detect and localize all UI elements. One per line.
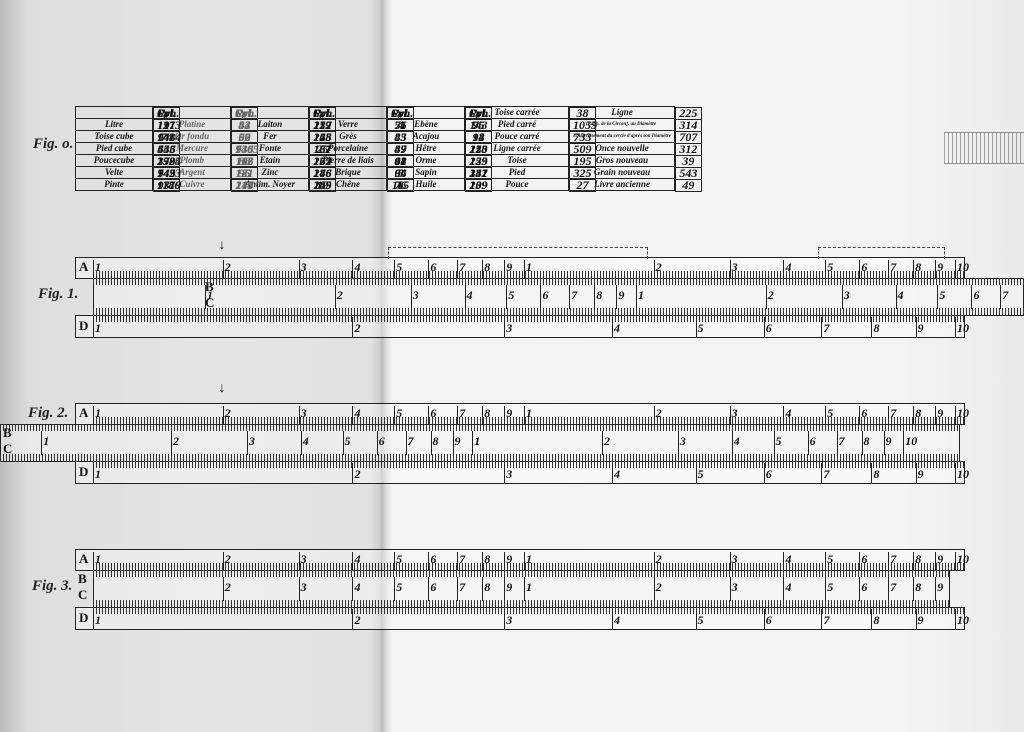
- scale-a-major-tick: [888, 260, 889, 278]
- scale-d-number: 3: [506, 467, 512, 482]
- scale-d-number: 3: [506, 613, 512, 628]
- scale-a-major-tick: [93, 552, 94, 570]
- scale-a-number: 4: [354, 552, 360, 567]
- scale-c-ticks: [93, 308, 1024, 315]
- scale-bc-major-tick: [935, 577, 936, 601]
- scale-d-major-tick: [696, 463, 697, 483]
- scale-d-number: 8: [873, 613, 879, 628]
- scale-a-number: 6: [430, 552, 436, 567]
- scale-d-number: 1: [95, 613, 101, 628]
- scale-bc-major-tick: [808, 431, 809, 455]
- scale-a-number: 8: [484, 260, 490, 275]
- scale-d-ticks: [93, 461, 965, 468]
- scale-a-number: 7: [890, 406, 896, 421]
- scale-d-number: 5: [698, 467, 704, 482]
- scale-bc-major-tick: [394, 577, 395, 601]
- scale-bc-major-tick: [636, 285, 637, 309]
- scale-bc-number: 1: [207, 288, 213, 303]
- scale-a-number: 8: [915, 260, 921, 275]
- scale-bc-number: 2: [173, 434, 179, 449]
- scale-bc-major-tick: [428, 577, 429, 601]
- scale-bc-number: 7: [408, 434, 414, 449]
- scale-a-major-tick: [223, 406, 224, 424]
- table-cell: 27: [569, 179, 596, 192]
- scale-bc-number: 4: [467, 288, 473, 303]
- scale-bc-number: 8: [433, 434, 439, 449]
- scale-a-major-tick: [913, 260, 914, 278]
- table-cell: 209: [465, 179, 492, 192]
- scale-a-number: 8: [484, 406, 490, 421]
- scale-bc-number: 3: [301, 580, 307, 595]
- scale-a-number: 9: [937, 552, 943, 567]
- scale-d-number: 8: [873, 467, 879, 482]
- scale-bc-major-tick: [654, 577, 655, 601]
- scale-bc-major-tick: [896, 285, 897, 309]
- scale-d-number: 10: [957, 613, 969, 628]
- scale-bc-number: 7: [1002, 288, 1008, 303]
- scale-d-label: D: [79, 464, 88, 480]
- scale-d-number: 10: [957, 321, 969, 336]
- scale-a-major-tick: [654, 260, 655, 278]
- scale-a-number: 4: [785, 260, 791, 275]
- scale-a-major-tick: [504, 406, 505, 424]
- scale-a-major-tick: [223, 260, 224, 278]
- scale-a-label: A: [79, 405, 88, 421]
- scale-bc-major-tick: [472, 431, 473, 455]
- scale-a-major-tick: [825, 260, 826, 278]
- scale-d-label: D: [79, 610, 88, 626]
- scale-a-number: 10: [957, 406, 969, 421]
- scale-c-label: C: [3, 441, 12, 457]
- table-cell: Pied cube: [76, 143, 153, 155]
- scale-d-major-tick: [821, 317, 822, 337]
- scale-a-number: 6: [430, 260, 436, 275]
- scale-bc-major-tick: [524, 577, 525, 601]
- scale-bc-major-tick: [301, 431, 302, 455]
- scale-b-ticks: [93, 278, 1024, 285]
- scale-d-major-tick: [916, 463, 917, 483]
- scale-bc-number: 2: [768, 288, 774, 303]
- scale-bc-major-tick: [504, 577, 505, 601]
- scale-a-number: 2: [225, 260, 231, 275]
- scale-a-major-tick: [935, 260, 936, 278]
- scale-bc-number: 4: [303, 434, 309, 449]
- scale-bc-major-tick: [457, 577, 458, 601]
- scale-bc-number: 4: [734, 434, 740, 449]
- scale-a-major-tick: [394, 260, 395, 278]
- scale-a-number: 9: [937, 406, 943, 421]
- side-vernier-scale: [944, 132, 1024, 164]
- table-row: Poucecube19842525379Plomb88112168Etain13…: [76, 155, 676, 167]
- scale-d-major-tick: [871, 463, 872, 483]
- scale-bc-number: 3: [249, 434, 255, 449]
- scale-bc-major-tick: [299, 577, 300, 601]
- scale-d-label: D: [79, 318, 88, 334]
- scale-d-ticks: [93, 315, 965, 322]
- scale-a-major-tick: [935, 406, 936, 424]
- scale-a-major-tick: [524, 552, 525, 570]
- scale-bc-major-tick: [888, 577, 889, 601]
- scale-d-major-tick: [871, 609, 872, 629]
- scale-b-ticks: [0, 424, 960, 431]
- scale-bc-number: 9: [937, 580, 943, 595]
- scale-a-number: 7: [459, 260, 465, 275]
- scale-bc-number: 2: [604, 434, 610, 449]
- scale-bc-number: 5: [776, 434, 782, 449]
- scale-a-major-tick: [730, 406, 731, 424]
- scale-bc-major-tick: [465, 285, 466, 309]
- scale-a-major-tick: [457, 260, 458, 278]
- scale-bc-number: 9: [506, 580, 512, 595]
- scale-a-major-tick: [504, 552, 505, 570]
- scale-a-number: 5: [827, 406, 833, 421]
- scale-d-major-tick: [821, 609, 822, 629]
- scale-bc-number: 2: [656, 580, 662, 595]
- scale-a-number: 3: [301, 406, 307, 421]
- scale-d-major-tick: [696, 317, 697, 337]
- scale-bc-number: 7: [459, 580, 465, 595]
- scale-bc-number: 3: [732, 580, 738, 595]
- scale-d-major-tick: [93, 317, 94, 337]
- scale-bc-major-tick: [223, 577, 224, 601]
- scale-bc-number: 8: [864, 434, 870, 449]
- scale-bc-number: 4: [354, 580, 360, 595]
- bracket-marker: [818, 247, 945, 259]
- scale-bc-number: 10: [905, 434, 917, 449]
- scale-bc-number: 2: [337, 288, 343, 303]
- scale-a-major-tick: [888, 552, 889, 570]
- scale-a-number: 5: [396, 260, 402, 275]
- scale-d-number: 9: [918, 613, 924, 628]
- scale-bc-number: 6: [861, 580, 867, 595]
- scale-bc-major-tick: [678, 431, 679, 455]
- scale-d-ticks: [93, 607, 965, 614]
- scale-a-number: 3: [732, 552, 738, 567]
- scale-a-major-tick: [299, 260, 300, 278]
- table-row: Pied cube343436655Mercure7359381405Fonte…: [76, 143, 676, 155]
- scale-bc-number: 6: [379, 434, 385, 449]
- scale-bc-number: 6: [430, 580, 436, 595]
- material-ratio-table: Pri.Cyl.Sph.Pri.Cyl.Sph.Pri.Cyl.Sph.Pri.…: [75, 106, 676, 191]
- scale-b-label: B: [78, 571, 87, 587]
- scale-d-number: 4: [614, 613, 620, 628]
- scale-a-major-tick: [394, 552, 395, 570]
- fig0-label: Fig. o.: [33, 136, 73, 153]
- scale-a-major-tick: [955, 260, 956, 278]
- scale-d-major-tick: [955, 317, 956, 337]
- scale-a-number: 9: [506, 406, 512, 421]
- scale-bc-major-tick: [41, 431, 42, 455]
- scale-a-number: 4: [354, 260, 360, 275]
- scale-a-number: 4: [785, 406, 791, 421]
- scale-bc-major-tick: [616, 285, 617, 309]
- scale-a-major-tick: [888, 406, 889, 424]
- scale-a-major-tick: [428, 260, 429, 278]
- table-header-row: Pri.Cyl.Sph.Pri.Cyl.Sph.Pri.Cyl.Sph.Pri.…: [76, 107, 676, 119]
- scale-bc-major-tick: [569, 285, 570, 309]
- scale-a-major-tick: [299, 552, 300, 570]
- scale-d-major-tick: [612, 609, 613, 629]
- scale-a-major-tick: [504, 260, 505, 278]
- scale-a-major-tick: [394, 406, 395, 424]
- scale-bc-major-tick: [730, 577, 731, 601]
- scale-d-number: 4: [614, 321, 620, 336]
- scale-d-major-tick: [612, 463, 613, 483]
- scale-bc-major-tick: [1000, 285, 1001, 309]
- scale-bc-number: 9: [618, 288, 624, 303]
- scale-a-number: 5: [396, 552, 402, 567]
- scale-a-major-tick: [913, 406, 914, 424]
- table-cell: 115: [387, 179, 414, 192]
- table-row: Velte7459491423Argent95121181Zinc1461862…: [76, 167, 676, 179]
- scale-a-number: 9: [506, 260, 512, 275]
- fig1-label: Fig. 1.: [38, 286, 78, 303]
- scale-bc-major-tick: [971, 285, 972, 309]
- scale-d-number: 7: [823, 613, 829, 628]
- scale-bc-number: 9: [886, 434, 892, 449]
- scale-bc-number: 3: [413, 288, 419, 303]
- scale-d-number: 6: [766, 321, 772, 336]
- scale-a-number: 3: [301, 260, 307, 275]
- scale-a-number: 5: [827, 260, 833, 275]
- table-cell: 217: [231, 179, 258, 192]
- scale-bc-number: 7: [571, 288, 577, 303]
- scale-c-ticks: [0, 454, 960, 461]
- scale-d-number: 1: [95, 321, 101, 336]
- scale-a-number: 10: [957, 552, 969, 567]
- table-row: Litre11273191Platine425384Laiton11915222…: [76, 119, 676, 131]
- scale-d-number: 5: [698, 321, 704, 336]
- scale-a-number: 8: [484, 552, 490, 567]
- scale-b-label: B: [3, 425, 12, 441]
- scale-a-number: 1: [95, 406, 101, 421]
- scale-a-number: 7: [459, 406, 465, 421]
- scale-bc-major-tick: [842, 285, 843, 309]
- scale-c-label: C: [78, 587, 87, 603]
- scale-a-major-tick: [859, 552, 860, 570]
- scale-bc-major-tick: [766, 285, 767, 309]
- scale-bc-major-tick: [862, 431, 863, 455]
- scale-d-number: 7: [823, 467, 829, 482]
- scale-bc-number: 2: [225, 580, 231, 595]
- scale-bc-major-tick: [825, 577, 826, 601]
- scale-a-major-tick: [730, 260, 731, 278]
- scale-a-number: 3: [732, 406, 738, 421]
- scale-d-major-tick: [955, 463, 956, 483]
- scale-bc-major-tick: [431, 431, 432, 455]
- scale-a-number: 7: [459, 552, 465, 567]
- scale-bc-number: 8: [596, 288, 602, 303]
- scale-d-number: 2: [354, 321, 360, 336]
- scale-bc-major-tick: [774, 431, 775, 455]
- scale-bc-major-tick: [837, 431, 838, 455]
- scale-bc-number: 6: [542, 288, 548, 303]
- scale-bc-major-tick: [335, 285, 336, 309]
- table-cell: Toise cube: [76, 131, 153, 143]
- scale-a-major-tick: [955, 406, 956, 424]
- scale-b-ticks: [93, 570, 950, 577]
- pointer-arrow-icon: ↓: [216, 383, 228, 395]
- scale-bc-number: 8: [915, 580, 921, 595]
- scale-a-number: 3: [301, 552, 307, 567]
- scale-a-number: 6: [861, 552, 867, 567]
- table-row: Pinte93111861779Cuivre114145217Antim. No…: [76, 179, 676, 191]
- scale-a-major-tick: [457, 552, 458, 570]
- scale-bc-number: 5: [345, 434, 351, 449]
- table-cell: Velte: [76, 167, 153, 179]
- scale-a-number: 6: [430, 406, 436, 421]
- scale-a-major-tick: [457, 406, 458, 424]
- scale-a-major-tick: [93, 260, 94, 278]
- scale-bc-number: 1: [638, 288, 644, 303]
- scale-a-number: 2: [656, 260, 662, 275]
- scale-d-major-tick: [93, 463, 94, 483]
- scale-a-major-tick: [730, 552, 731, 570]
- scale-a-major-tick: [428, 552, 429, 570]
- scale-a-number: 6: [861, 260, 867, 275]
- scale-bc-number: 8: [484, 580, 490, 595]
- scale-bc-number: 7: [839, 434, 845, 449]
- scale-bc-major-tick: [406, 431, 407, 455]
- scale-d-major-tick: [612, 317, 613, 337]
- table-cell: Litre: [76, 119, 153, 131]
- pointer-arrow-icon: ↓: [216, 240, 228, 252]
- scale-d-number: 8: [873, 321, 879, 336]
- scale-d-number: 4: [614, 467, 620, 482]
- scale-a-major-tick: [223, 552, 224, 570]
- scale-bc-number: 5: [827, 580, 833, 595]
- scale-a-major-tick: [524, 260, 525, 278]
- scale-d-major-tick: [696, 609, 697, 629]
- scale-a-number: 2: [225, 406, 231, 421]
- scale-a-major-tick: [93, 406, 94, 424]
- scale-d-number: 10: [957, 467, 969, 482]
- scale-a-major-tick: [524, 406, 525, 424]
- scale-d-major-tick: [871, 317, 872, 337]
- scale-a-number: 2: [656, 406, 662, 421]
- scale-a-major-tick: [825, 552, 826, 570]
- scale-bc-number: 3: [844, 288, 850, 303]
- scale-bc-number: 6: [973, 288, 979, 303]
- table-cell: 1779: [153, 179, 180, 192]
- scale-bc-major-tick: [482, 577, 483, 601]
- scale-bc-number: 9: [455, 434, 461, 449]
- scale-bc-major-tick: [171, 431, 172, 455]
- scale-bc-number: 5: [396, 580, 402, 595]
- scale-d-number: 2: [354, 467, 360, 482]
- scale-a-major-tick: [859, 406, 860, 424]
- scale-a-number: 9: [506, 552, 512, 567]
- scale-d-number: 6: [766, 613, 772, 628]
- scale-d-major-tick: [955, 609, 956, 629]
- scale-bc-major-tick: [602, 431, 603, 455]
- scale-bc-number: 1: [43, 434, 49, 449]
- scale-d-number: 6: [766, 467, 772, 482]
- scale-bc-major-tick: [594, 285, 595, 309]
- scale-bc-number: 5: [939, 288, 945, 303]
- scale-d-major-tick: [764, 609, 765, 629]
- scale-bc-number: 6: [810, 434, 816, 449]
- scale-bc-major-tick: [732, 431, 733, 455]
- table-cell: 285: [309, 179, 336, 192]
- scale-a-number: 3: [732, 260, 738, 275]
- scale-d-major-tick: [916, 609, 917, 629]
- scale-a-number: 1: [526, 406, 532, 421]
- scale-a-number: 4: [354, 406, 360, 421]
- scale-a-major-tick: [482, 406, 483, 424]
- scale-a-major-tick: [299, 406, 300, 424]
- scale-a-major-tick: [654, 406, 655, 424]
- scale-a-number: 5: [396, 406, 402, 421]
- scale-bc-major-tick: [859, 577, 860, 601]
- scale-bc-major-tick: [540, 285, 541, 309]
- fig2-label: Fig. 2.: [28, 405, 68, 422]
- scale-a-number: 1: [526, 260, 532, 275]
- scale-a-major-tick: [654, 552, 655, 570]
- scale-bc-number: 4: [785, 580, 791, 595]
- scale-a-number: 2: [225, 552, 231, 567]
- scale-a-number: 1: [95, 552, 101, 567]
- scale-a-major-tick: [935, 552, 936, 570]
- fig3-label: Fig. 3.: [32, 578, 72, 595]
- scale-c-ticks: [93, 600, 950, 607]
- scale-a-label: A: [79, 259, 88, 275]
- scale-a-number: 6: [861, 406, 867, 421]
- scale-bc-major-tick: [937, 285, 938, 309]
- scale-a-label: A: [79, 551, 88, 567]
- scale-bc-major-tick: [411, 285, 412, 309]
- table-cell: Poucecube: [76, 155, 153, 167]
- scale-a-number: 5: [827, 552, 833, 567]
- scale-a-number: 8: [915, 552, 921, 567]
- table-row: Toise cube749431414Or fondu526699Fer1281…: [76, 131, 676, 143]
- scale-a-number: 1: [526, 552, 532, 567]
- scale-a-number: 4: [785, 552, 791, 567]
- scale-d-major-tick: [764, 463, 765, 483]
- scale-bc-major-tick: [453, 431, 454, 455]
- scale-bc-number: 5: [508, 288, 514, 303]
- scale-bc-number: 1: [526, 580, 532, 595]
- scale-a-number: 9: [937, 260, 943, 275]
- scale-a-major-tick: [482, 552, 483, 570]
- scale-a-major-tick: [482, 260, 483, 278]
- scale-a-number: 8: [915, 406, 921, 421]
- scale-bc-major-tick: [377, 431, 378, 455]
- scale-a-major-tick: [428, 406, 429, 424]
- bracket-marker: [388, 247, 648, 259]
- scale-bc-major-tick: [506, 285, 507, 309]
- scale-a-major-tick: [913, 552, 914, 570]
- scale-bc-number: 4: [898, 288, 904, 303]
- scale-bc-major-tick: [884, 431, 885, 455]
- scale-d-major-tick: [916, 317, 917, 337]
- scale-bc-major-tick: [247, 431, 248, 455]
- scale-bc-major-tick: [205, 285, 206, 309]
- scale-a-number: 7: [890, 260, 896, 275]
- scale-a-major-tick: [955, 552, 956, 570]
- scale-d-number: 9: [918, 467, 924, 482]
- scale-a-number: 10: [957, 260, 969, 275]
- scale-d-number: 7: [823, 321, 829, 336]
- table-cell: Pinte: [76, 179, 153, 191]
- scale-bc-major-tick: [903, 431, 904, 455]
- scale-d-number: 5: [698, 613, 704, 628]
- scale-bc-number: 1: [474, 434, 480, 449]
- scale-d-number: 3: [506, 321, 512, 336]
- scale-a-number: 2: [656, 552, 662, 567]
- scale-bc-number: 3: [680, 434, 686, 449]
- scale-a-major-tick: [825, 406, 826, 424]
